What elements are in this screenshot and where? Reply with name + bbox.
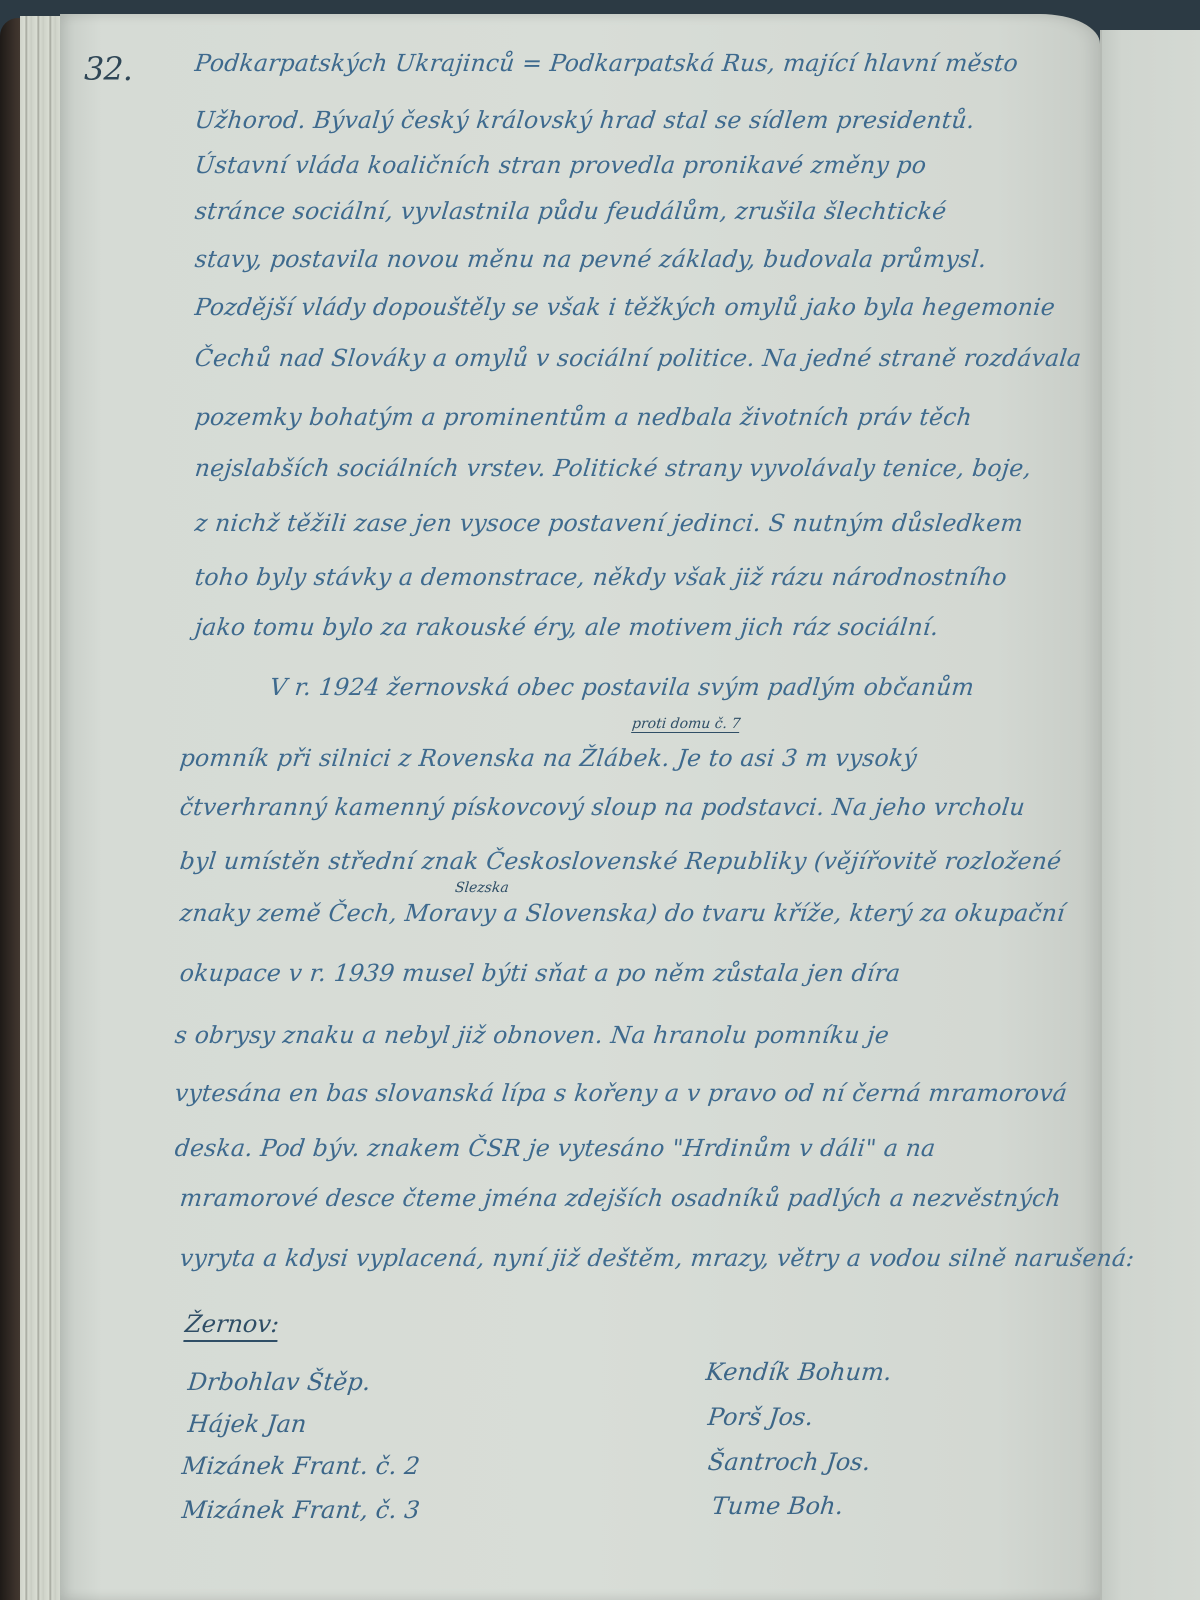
text-line: z nichž těžili zase jen vysoce postavení… (193, 508, 1106, 538)
text-line: Užhorod. Bývalý český královský hrad sta… (193, 105, 1106, 135)
list-item: Drbohlav Štěp. (187, 1368, 372, 1396)
text-line: okupace v r. 1939 musel býti sňat a po n… (178, 958, 1091, 988)
text-line: vytesána en bas slovanská lípa s kořeny … (173, 1078, 1086, 1108)
text-line: stránce sociální, vyvlastnila půdu feudá… (193, 196, 1106, 226)
text-line: čtverhranný kamenný pískovcový sloup na … (178, 792, 1091, 822)
text-line: vyryta a kdysi vyplacená, nyní již deště… (178, 1243, 1121, 1273)
text-line: Pozdější vlády dopouštěly se však i těžk… (193, 292, 1106, 322)
list-item: Hájek Jan (187, 1410, 308, 1438)
list-heading: Žernov: (183, 1310, 280, 1342)
text-line: toho byly stávky a demonstrace, někdy vš… (193, 562, 1106, 592)
inserted-note: proti domu č. 7 (631, 716, 741, 733)
list-item: Mizánek Frant. č. 2 (181, 1452, 422, 1480)
text-line: znaky země Čech, Moravy a Slovenska) do … (178, 898, 1091, 928)
text-line: V r. 1924 žernovská obec postavila svým … (268, 672, 1101, 702)
text-line: nejslabších sociálních vrstev. Politické… (193, 453, 1106, 483)
inserted-note: Slezska (454, 880, 509, 896)
text-line: s obrysy znaku a nebyl již obnoven. Na h… (173, 1020, 1086, 1050)
text-line: Ústavní vláda koaličních stran provedla … (193, 150, 1106, 180)
text-line: pozemky bohatým a prominentům a nedbala … (193, 402, 1106, 432)
page-number: 32. (84, 50, 132, 88)
list-item: Porš Jos. (707, 1403, 815, 1431)
text-line: jako tomu bylo za rakouské éry, ale moti… (193, 612, 1106, 642)
list-item: Šantroch Jos. (707, 1448, 872, 1476)
text-line: byl umístěn střední znak Československé … (178, 846, 1091, 876)
text-line: Podkarpatských Ukrajinců = Podkarpatská … (193, 48, 1106, 78)
text-line: stavy, postavila novou měnu na pevné zák… (193, 244, 1106, 274)
list-item: Kendík Bohum. (705, 1358, 893, 1386)
text-line: Čechů nad Slováky a omylů v sociální pol… (193, 343, 1106, 373)
text-line: pomník při silnici z Rovenska na Žlábek.… (178, 743, 1091, 773)
list-item: Tume Boh. (711, 1492, 845, 1520)
list-item: Mizánek Frant, č. 3 (181, 1496, 422, 1524)
text-line: mramorové desce čteme jména zdejších osa… (178, 1183, 1091, 1213)
handwritten-text: 32. Podkarpatských Ukrajinců = Podkarpat… (0, 0, 1200, 1600)
text-line: deska. Pod býv. znakem ČSR je vytesáno "… (173, 1133, 1086, 1163)
